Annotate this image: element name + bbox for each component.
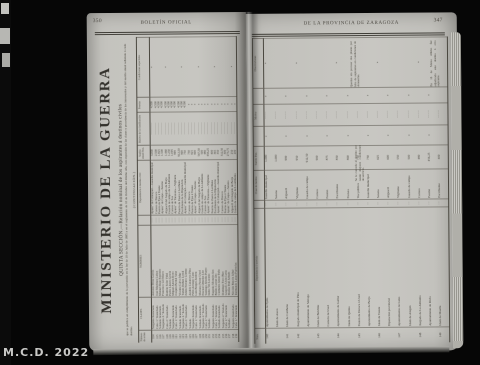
table-cell: Peatón	[326, 169, 336, 199]
right-page: DE LA PROVINCIA DE ZARAGOZA 347 Núm.Depe…	[246, 12, 460, 352]
scanned-document-viewer: BOLETÍN OFICIAL 350 MINISTERIO DE LA GUE…	[0, 0, 480, 365]
table-cell	[276, 328, 286, 344]
table-cell: »	[376, 37, 387, 87]
left-table: Número de ordenCLASESNOMBRESDependencia …	[136, 36, 239, 343]
table-cell: ·······	[326, 103, 336, 125]
table-cell: 550	[397, 145, 407, 169]
column-header	[139, 215, 152, 225]
column-header: NOMBRES	[139, 225, 153, 297]
table-cell: »	[428, 124, 438, 144]
table-cell: Sereno	[275, 170, 285, 200]
column-header: Sueldo anual Ptas.	[138, 145, 151, 160]
table-cell	[315, 87, 325, 103]
table-cell: Alguacil	[285, 170, 295, 200]
table-cell: »	[264, 38, 275, 88]
table-cell: Guardia municipal	[265, 170, 275, 200]
table-cell: 480	[418, 145, 428, 169]
table-cell	[397, 125, 407, 145]
table-cell: »	[407, 125, 417, 145]
table-cell: ···	[428, 198, 438, 206]
table-cell: 400	[438, 144, 448, 168]
table-cell: Guarda de campo	[408, 169, 418, 199]
table-cell	[274, 38, 285, 88]
table-cell: »	[326, 125, 336, 145]
table-cell	[429, 326, 439, 342]
table-cell: ···	[275, 200, 285, 208]
table-cell: ···	[316, 199, 326, 207]
table-cell: »	[305, 125, 315, 145]
table-cell: ···	[347, 199, 357, 207]
table-cell: 730	[367, 145, 377, 169]
table-cell: Escribiente	[336, 169, 346, 199]
left-running-title: BOLETÍN OFICIAL	[95, 17, 238, 30]
right-rotated-content: Núm.Dependencia ó servicioClase de desti…	[252, 36, 453, 344]
table-cell: 850	[336, 145, 346, 169]
table-cell: »	[264, 88, 274, 104]
column-header: Número de orden	[140, 330, 153, 343]
table-cell: Guardia municipal	[367, 169, 377, 199]
table-cell	[315, 125, 325, 145]
table-cell	[366, 37, 377, 87]
table-cell	[406, 37, 417, 87]
table-cell: 600	[387, 145, 397, 169]
table-cell: ·······	[295, 103, 305, 125]
table-cell: ···	[377, 199, 387, 207]
table-cell: ·······	[366, 103, 376, 125]
right-page-number: 347	[434, 17, 443, 23]
table-cell: Sereno	[377, 169, 387, 199]
column-header: CLASES	[139, 297, 152, 330]
table-cell: ·······	[417, 103, 427, 125]
left-page: BOLETÍN OFICIAL 350 MINISTERIO DE LA GUE…	[87, 12, 249, 351]
table-cell: ·······	[275, 104, 285, 126]
column-header: Pesetas	[138, 97, 151, 112]
table-cell: 142	[297, 327, 307, 343]
table-cell: 144	[337, 327, 347, 343]
table-cell: 140	[266, 328, 276, 344]
table-cell: 875	[326, 145, 336, 169]
table-cell	[368, 327, 378, 343]
table-cell: ·······	[407, 103, 417, 125]
table-cell: »	[285, 126, 295, 146]
table-cell: 912,50	[305, 145, 315, 169]
ministry-title: MINISTERIO DE LA GUERRA	[93, 37, 119, 343]
table-cell: ···	[398, 199, 408, 207]
table-cell: 141	[287, 328, 297, 344]
digitization-watermark: M.C.D. 2022	[3, 346, 89, 359]
table-cell: ···	[336, 199, 346, 207]
table-cell: 456,25	[428, 144, 438, 168]
table-cell: 149	[439, 326, 449, 342]
table-cell: Vigilante	[397, 169, 407, 199]
column-header: Dependencia ó destino civil	[138, 160, 151, 215]
table-cell	[307, 327, 317, 343]
table-cell: ·······	[264, 104, 274, 126]
left-page-number: 350	[93, 18, 102, 24]
table-cell: ···	[306, 199, 316, 207]
table-cell	[386, 37, 397, 87]
table-cell: ·······	[427, 102, 437, 124]
table-cell: Alguacil	[387, 169, 397, 199]
margin-annotation: Quedan sin proveer dos plazas por falta …	[350, 41, 361, 87]
table-cell: ···	[326, 199, 336, 207]
table-cell	[274, 88, 284, 104]
table-cell: 145	[358, 327, 368, 343]
table-cell: ·······	[387, 103, 397, 125]
table-cell	[336, 87, 346, 103]
table-cell: Cartero	[418, 169, 428, 199]
table-cell: »	[265, 126, 275, 146]
table-cell: Escribiente	[438, 168, 448, 198]
table-cell: ···	[408, 199, 418, 207]
table-cell: »	[366, 87, 376, 103]
table-cell: »	[335, 37, 346, 87]
table-cell: ···	[357, 199, 367, 207]
table-cell: »	[366, 125, 376, 145]
table-cell: 1.000	[275, 146, 285, 170]
table-cell: »	[407, 87, 417, 103]
table-cell: »	[325, 87, 335, 103]
table-cell: Peatón	[428, 168, 438, 198]
table-cell: »	[387, 125, 397, 145]
table-cell	[315, 37, 326, 87]
table-cell: 143	[317, 327, 327, 343]
table-cell	[356, 87, 366, 103]
table-cell: ·······	[397, 103, 407, 125]
table-cell: ·······	[305, 103, 315, 125]
table-cell: ···	[265, 200, 275, 208]
table-cell	[417, 87, 427, 103]
table-cell: Cartero	[316, 169, 326, 199]
table-cell: ·······	[315, 103, 325, 125]
table-cell: ·······	[285, 104, 295, 126]
table-cell: »	[387, 87, 397, 103]
table-cell	[388, 327, 398, 343]
table-cell: »	[346, 87, 356, 103]
table-cell	[336, 125, 346, 145]
table-cell	[437, 86, 447, 102]
table-cell: ·······	[376, 103, 386, 125]
table-cell: 900	[316, 145, 326, 169]
table-cell: 999	[285, 146, 295, 170]
table-cell: 148	[419, 327, 429, 343]
table-cell	[396, 37, 407, 87]
table-cell	[377, 125, 387, 145]
table-cell	[397, 87, 407, 103]
table-cell: 625	[377, 145, 387, 169]
table-cell	[438, 124, 448, 144]
table-cell	[295, 87, 305, 103]
table-cell: »	[294, 37, 305, 87]
table-cell: »	[346, 125, 356, 145]
table-cell: Idem de Maella	[438, 206, 449, 326]
table-cell	[409, 327, 419, 343]
header-rule	[95, 31, 240, 33]
column-header: Condiciones especiales	[137, 37, 150, 97]
right-running-title: DE LA PROVINCIA DE ZARAGOZA	[254, 17, 449, 31]
table-cell	[417, 125, 427, 145]
table-cell: 146	[378, 327, 388, 343]
table-cell	[327, 327, 337, 343]
table-cell: ·······	[336, 103, 346, 125]
table-cell: ·······	[346, 103, 356, 125]
table-cell: ···	[296, 199, 306, 207]
table-cell	[356, 125, 366, 145]
table-cell: 1.000	[265, 146, 275, 170]
table-cell: Vigilante	[295, 169, 305, 199]
page-edges-right	[451, 32, 463, 348]
table-cell	[376, 87, 386, 103]
left-rotated-content: MINISTERIO DE LA GUERRA QUINTA SECCIÓN.—…	[93, 36, 243, 343]
header-rule	[252, 32, 445, 35]
table-cell	[305, 37, 316, 87]
table-cell	[348, 327, 358, 343]
table-cell: ···	[286, 200, 296, 208]
table-cell	[295, 125, 305, 145]
table-cell: »	[285, 88, 295, 104]
book-spread: BOLETÍN OFICIAL 350 MINISTERIO DE LA GUE…	[0, 0, 480, 365]
table-cell: ·······	[356, 103, 366, 125]
table-cell: Guarda de campo	[306, 169, 316, 199]
table-cell	[275, 126, 285, 146]
table-cell: ·······	[438, 102, 448, 124]
table-cell: ···	[438, 198, 448, 206]
table-cell	[325, 37, 336, 87]
book-fold-shadow	[235, 12, 262, 352]
table-cell: 147	[399, 327, 409, 343]
table-cell: ···	[367, 199, 377, 207]
column-header: Motivo de la clasificación	[138, 112, 151, 145]
table-cell	[284, 38, 295, 88]
table-cell: »	[427, 86, 437, 102]
table-cell: ···	[387, 199, 397, 207]
table-cell: 950	[295, 145, 305, 169]
table-cell: ···	[418, 199, 428, 207]
table-cell: »	[305, 87, 315, 103]
margin-annotation: Se le concede el destino por reunir mejo…	[355, 145, 366, 181]
table-cell: »	[417, 37, 428, 87]
table-cell: 500	[407, 145, 417, 169]
margin-annotation: En 16 de Marzo último fué adjudicado est…	[430, 40, 441, 86]
